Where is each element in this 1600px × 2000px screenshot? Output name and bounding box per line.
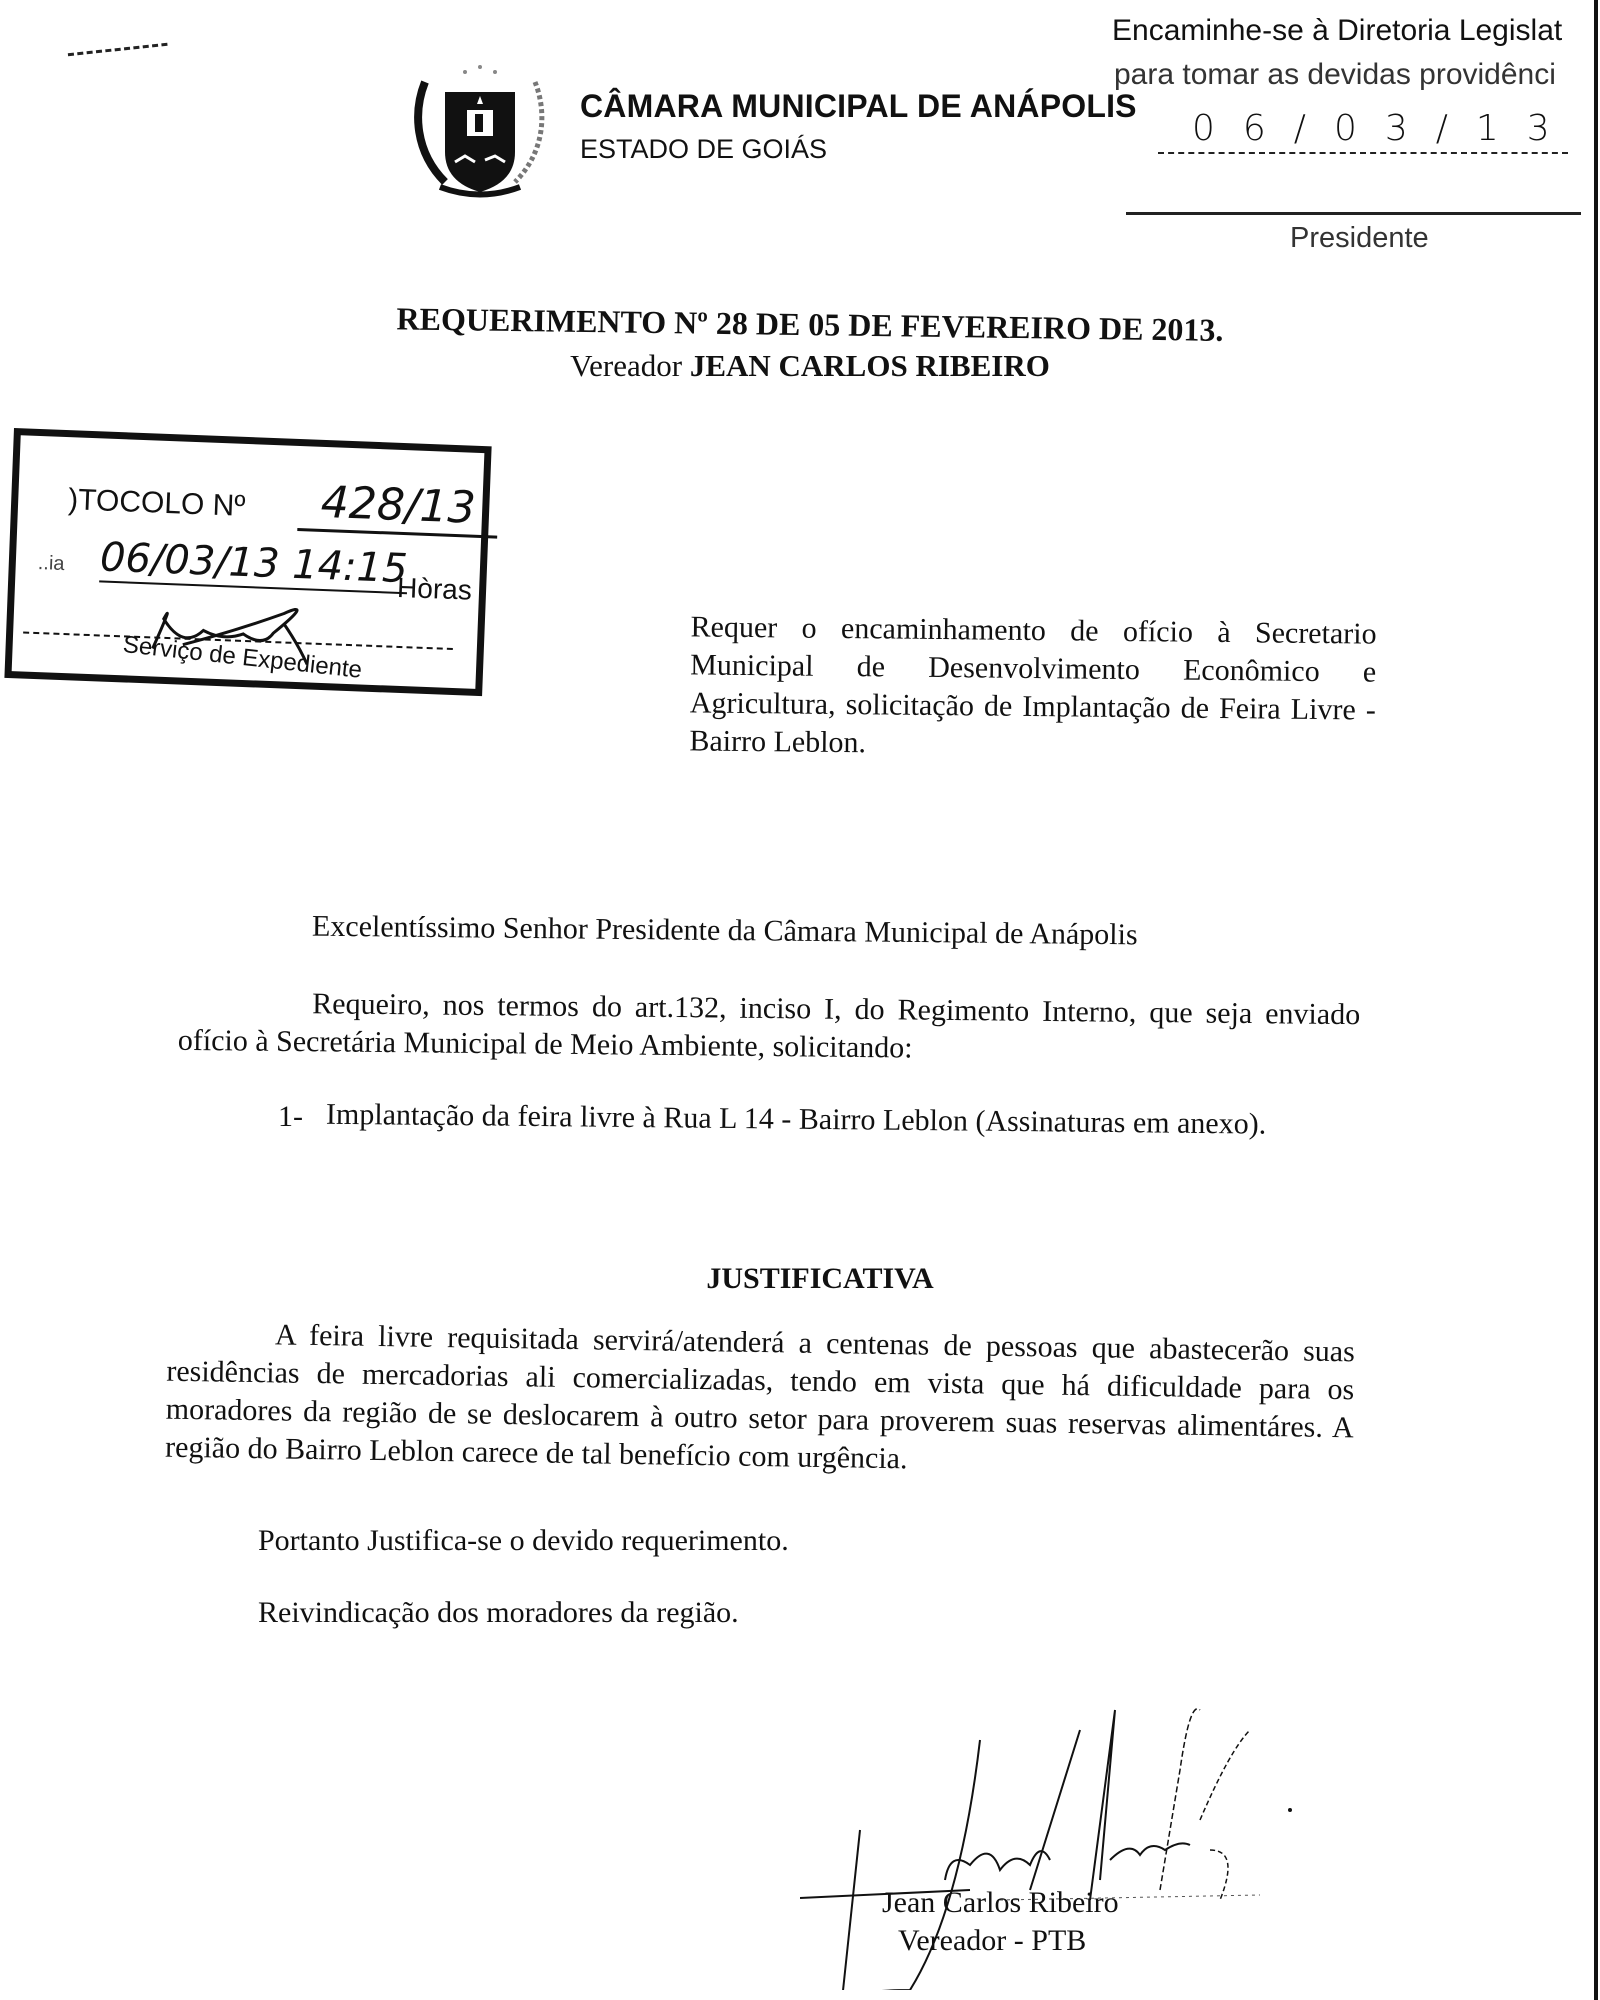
- list-item-number: 1-: [278, 1100, 303, 1134]
- dispatch-role: Presidente: [1290, 222, 1429, 255]
- justification-note: Reivindicação dos moradores da região.: [258, 1596, 739, 1630]
- protocol-stamp: )TOCOLO Nº 428/13 ..ia 06/03/13 14:15 Hò…: [4, 428, 491, 696]
- author-prefix: Vereador: [570, 348, 690, 383]
- protocol-number: 428/13: [297, 476, 499, 539]
- justification-heading: JUSTIFICATIVA: [0, 1262, 1600, 1296]
- protocol-date-label: ..ia: [37, 552, 65, 576]
- salutation: Excelentíssimo Senhor Presidente da Câma…: [312, 910, 1138, 953]
- requirement-author: Vereador JEAN CARLOS RIBEIRO: [0, 348, 1600, 384]
- dispatch-instruction-line2: para tomar as devidas providênci: [1114, 58, 1556, 92]
- dispatch-instruction-line1: Encaminhe-se à Diretoria Legislat: [1112, 14, 1562, 48]
- signer-name: Jean Carlos Ribeiro: [882, 1886, 1119, 1920]
- requirement-summary: Requer o encaminhamento de ofício à Secr…: [689, 608, 1377, 767]
- justification-paragraph: A feira livre requisitada servirá/atende…: [165, 1315, 1355, 1486]
- handwritten-signature-icon: [800, 1690, 1400, 1990]
- dispatch-date: 06/03/13: [1158, 106, 1568, 154]
- protocol-date-time: 06/03/13 14:15: [99, 534, 408, 594]
- justification-conclusion: Portanto Justifica-se o devido requerime…: [258, 1524, 789, 1558]
- list-item: Implantação da feira livre à Rua L 14 - …: [310, 1095, 1340, 1146]
- dispatch-signature-line: [1126, 212, 1581, 215]
- municipal-coat-of-arms-icon: [405, 52, 555, 202]
- body-paragraph: Requeiro, nos termos do art.132, inciso …: [178, 984, 1361, 1072]
- scan-artifact: [68, 43, 168, 62]
- organization-name: CÂMARA MUNICIPAL DE ANÁPOLIS: [580, 88, 1137, 125]
- requirement-title: REQUERIMENTO Nº 28 DE 05 DE FEVEREIRO DE…: [0, 295, 1600, 354]
- protocol-label: )TOCOLO Nº: [68, 483, 246, 524]
- signer-role: Vereador - PTB: [898, 1924, 1086, 1958]
- author-name: JEAN CARLOS RIBEIRO: [690, 348, 1050, 383]
- protocol-hours-label: Hòras: [397, 572, 473, 607]
- organization-state: ESTADO DE GOIÁS: [580, 134, 827, 165]
- scan-edge: [1594, 0, 1598, 2000]
